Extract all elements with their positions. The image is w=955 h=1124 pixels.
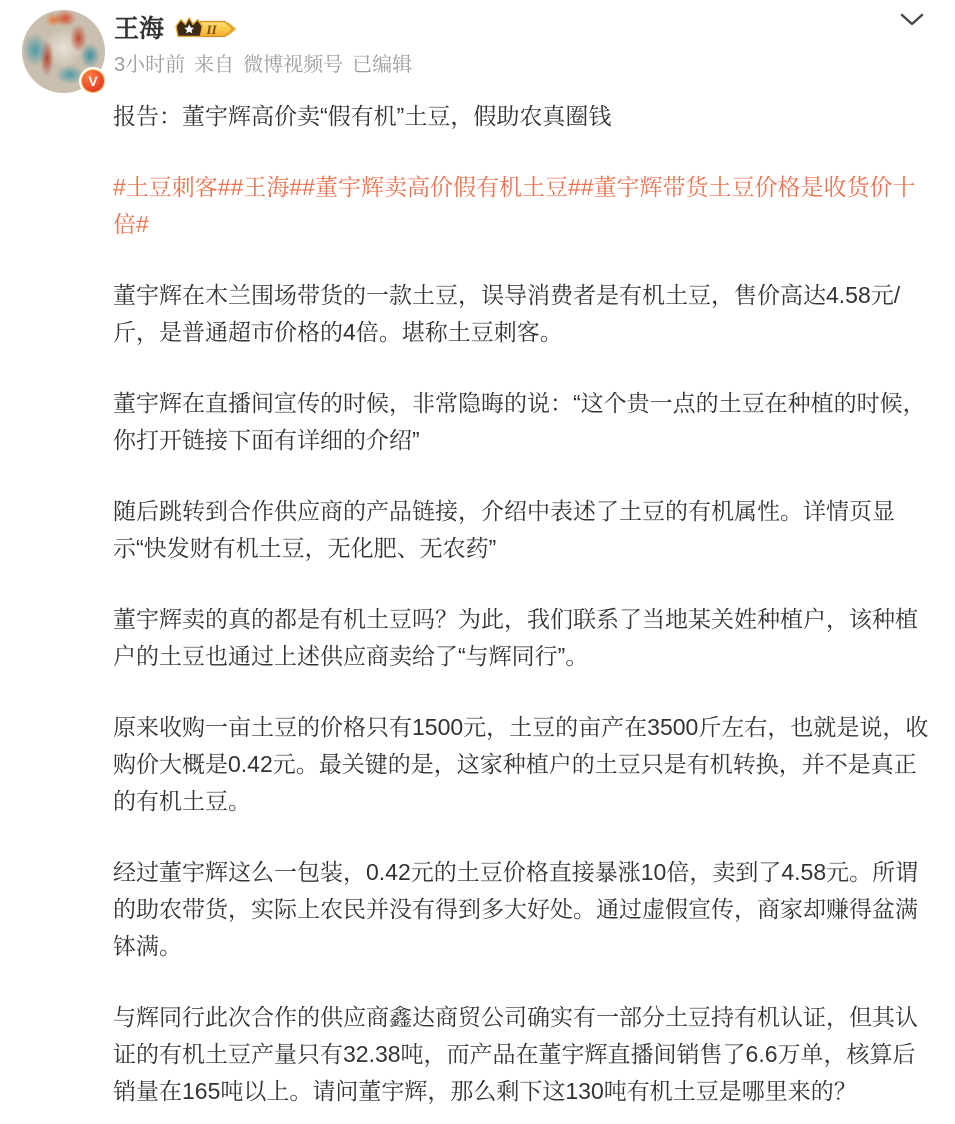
user-info: 王海 II 3小时前 bbox=[114, 10, 412, 77]
source-channel-link[interactable]: 微博视频号 bbox=[243, 53, 343, 77]
hashtag-links[interactable]: #土豆刺客##王海##董宇辉卖高价假有机土豆##董宇辉带货土豆价格是收货价十倍# bbox=[113, 169, 937, 243]
post-title: 报告：董宇辉高价卖“假有机”土豆，假助农真圈钱 bbox=[113, 98, 937, 135]
vip-crown-level-badge[interactable]: II bbox=[172, 15, 240, 43]
post-paragraph: 董宇辉在直播间宣传的时候，非常隐晦的说：“这个贵一点的土豆在种植的时候，你打开链… bbox=[113, 385, 937, 459]
post-paragraph: 原来收购一亩土豆的价格只有1500元，土豆的亩产在3500斤左右，也就是说，收购… bbox=[113, 709, 937, 820]
name-row: 王海 II bbox=[114, 14, 412, 44]
vip-level-label: II bbox=[206, 22, 218, 37]
timestamp: 3小时前 bbox=[114, 53, 185, 77]
weibo-post: V 王海 II bbox=[0, 0, 955, 1110]
post-paragraph: 董宇辉在木兰围场带货的一款土豆，误导消费者是有机土豆，售价高达4.58元/斤，是… bbox=[113, 277, 937, 351]
post-paragraph: 与辉同行此次合作的供应商鑫达商贸公司确实有一部分土豆持有机认证，但其认证的有机土… bbox=[113, 999, 937, 1110]
post-content: 报告：董宇辉高价卖“假有机”土豆，假助农真圈钱#土豆刺客##王海##董宇辉卖高价… bbox=[113, 98, 937, 1110]
collapse-post-button[interactable] bbox=[893, 10, 925, 39]
post-paragraph: 随后跳转到合作供应商的产品链接，介绍中表述了土豆的有机属性。详情页显示“快发财有… bbox=[113, 493, 937, 567]
avatar[interactable]: V bbox=[22, 10, 105, 93]
post-meta: 3小时前 来自 微博视频号 已编辑 bbox=[114, 53, 412, 77]
chevron-down-icon bbox=[899, 12, 925, 28]
username[interactable]: 王海 bbox=[114, 14, 164, 44]
post-paragraph: 经过董宇辉这么一包装，0.42元的土豆价格直接暴涨10倍，卖到了4.58元。所谓… bbox=[113, 854, 937, 965]
post-paragraph: 董宇辉卖的真的都是有机土豆吗？为此，我们联系了当地某关姓种植户，该种植户的土豆也… bbox=[113, 601, 937, 675]
post-header: V 王海 II bbox=[0, 0, 955, 93]
edited-label: 已编辑 bbox=[352, 53, 412, 77]
verified-v-icon: V bbox=[79, 67, 107, 95]
source-prefix: 来自 bbox=[194, 53, 234, 77]
